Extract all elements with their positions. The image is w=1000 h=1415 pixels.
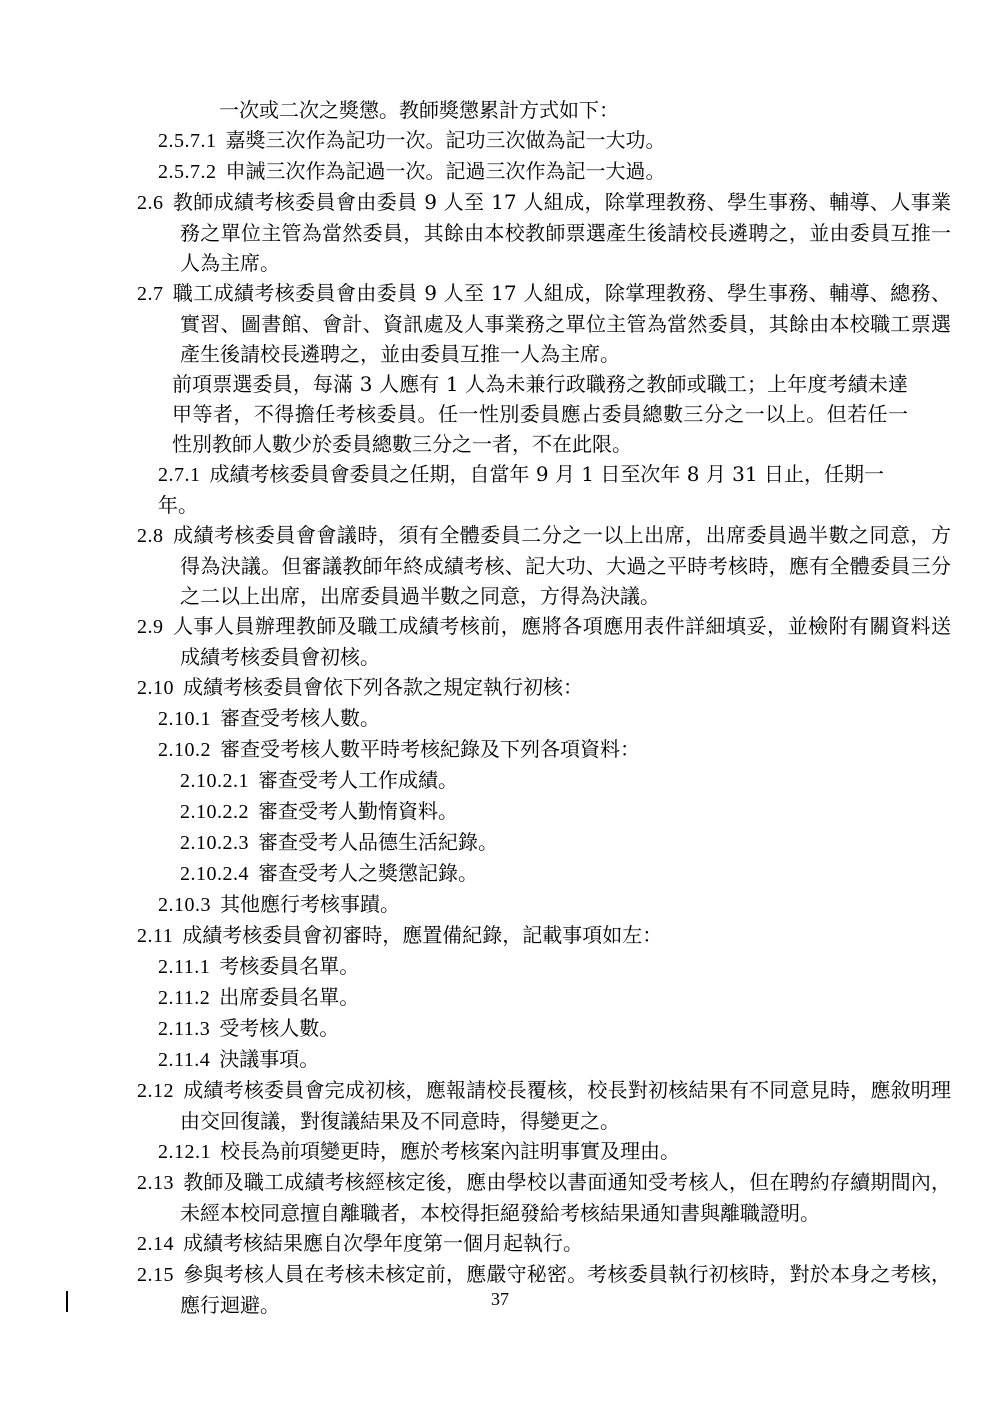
paragraph-2-7-1: 2.7.1成績考核委員會委員之任期，自當年 9 月 1 日至次年 8 月 31 … bbox=[158, 459, 908, 520]
item-text: 成績考核委員會會議時，須有全體委員二分之一以上出席，出席委員過半數之同意，方得為… bbox=[173, 523, 952, 608]
paragraph-2-5-7-2: 2.5.7.2申誡三次作為記過一次。記過三次作為記一大過。 bbox=[158, 156, 908, 187]
item-number: 2.15 bbox=[137, 1264, 174, 1286]
item-text: 受考核人數。 bbox=[219, 1016, 339, 1040]
item-number: 2.10.2.3 bbox=[180, 832, 249, 854]
item-text: 申誡三次作為記過一次。記過三次作為記一大過。 bbox=[226, 159, 666, 183]
item-number: 2.14 bbox=[137, 1233, 174, 1255]
item-text: 成績考核委員會初審時，應置備紀錄，記載事項如左： bbox=[182, 923, 662, 947]
item-number: 2.10 bbox=[137, 677, 174, 699]
item-number: 2.7 bbox=[137, 283, 164, 305]
page-number: 37 bbox=[0, 1286, 1000, 1312]
paragraph-2-11-4: 2.11.4決議事項。 bbox=[158, 1044, 908, 1075]
paragraph-2-10-2-4: 2.10.2.4審查受考人之獎懲記錄。 bbox=[180, 858, 908, 889]
item-text: 職工成績考核委員會由委員 9 人至 17 人組成，除掌理教務、學生事務、輔導、總… bbox=[173, 281, 952, 366]
paragraph-2-10-1: 2.10.1審查受考核人數。 bbox=[158, 703, 908, 734]
item-text: 審查受考人工作成績。 bbox=[258, 768, 458, 792]
item-number: 2.12.1 bbox=[158, 1141, 211, 1163]
item-text: 前項票選委員，每滿 3 人應有 1 人為未兼行政職務之教師或職工；上年度考績未達… bbox=[172, 372, 908, 456]
paragraph-2-11: 2.11成績考核委員會初審時，應置備紀錄，記載事項如左： bbox=[137, 920, 951, 951]
item-number: 2.10.3 bbox=[158, 894, 211, 916]
paragraph-2-10: 2.10成績考核委員會依下列各款之規定執行初核： bbox=[137, 672, 951, 703]
paragraph-2-7-sub: 前項票選委員，每滿 3 人應有 1 人為未兼行政職務之教師或職工；上年度考績未達… bbox=[172, 369, 908, 459]
item-number: 2.10.1 bbox=[158, 708, 211, 730]
item-number: 2.11.2 bbox=[158, 987, 210, 1009]
item-number: 2.12 bbox=[137, 1080, 174, 1102]
item-text: 人事人員辦理教師及職工成績考核前，應將各項應用表件詳細填妥，並檢附有關資料送成績… bbox=[173, 614, 952, 669]
item-number: 2.10.2 bbox=[158, 739, 211, 761]
item-number: 2.11.1 bbox=[158, 956, 210, 978]
item-text: 其他應行考核事蹟。 bbox=[220, 892, 400, 916]
paragraph-2-11-1: 2.11.1考核委員名單。 bbox=[158, 951, 908, 982]
item-text: 審查受考人品德生活紀錄。 bbox=[258, 830, 498, 854]
item-number: 2.9 bbox=[137, 616, 164, 638]
item-text: 成績考核委員會完成初核，應報請校長覆核，校長對初核結果有不同意見時，應敘明理由交… bbox=[180, 1078, 951, 1133]
item-text: 成績考核委員會依下列各款之規定執行初核： bbox=[183, 675, 583, 699]
item-text: 出席委員名單。 bbox=[219, 985, 359, 1009]
item-text: 教師成績考核委員會由委員 9 人至 17 人組成，除掌理教務、學生事務、輔導、人… bbox=[173, 190, 952, 275]
item-number: 2.10.2.2 bbox=[180, 801, 249, 823]
item-number: 2.10.2.4 bbox=[180, 863, 249, 885]
paragraph-2-10-2: 2.10.2審查受考核人數平時考核紀錄及下列各項資料： bbox=[158, 734, 908, 765]
paragraph-2-12-1: 2.12.1校長為前項變更時，應於考核案內註明事實及理由。 bbox=[158, 1136, 908, 1167]
paragraph-2-7: 2.7職工成績考核委員會由委員 9 人至 17 人組成，除掌理教務、學生事務、輔… bbox=[137, 278, 951, 369]
paragraph-continuation: 一次或二次之獎懲。教師獎懲累計方式如下： bbox=[219, 95, 908, 125]
paragraph-2-9: 2.9人事人員辦理教師及職工成績考核前，應將各項應用表件詳細填妥，並檢附有關資料… bbox=[137, 611, 951, 672]
paragraph-2-10-2-2: 2.10.2.2審查受考人勤惰資料。 bbox=[180, 796, 908, 827]
item-text: 審查受考核人數平時考核紀錄及下列各項資料： bbox=[220, 737, 640, 761]
paragraph-2-10-2-3: 2.10.2.3審查受考人品德生活紀錄。 bbox=[180, 827, 908, 858]
item-text: 考核委員名單。 bbox=[219, 954, 359, 978]
paragraph-2-12: 2.12成績考核委員會完成初核，應報請校長覆核，校長對初核結果有不同意見時，應敘… bbox=[137, 1075, 951, 1136]
item-number: 2.11.4 bbox=[158, 1049, 210, 1071]
paragraph-2-11-2: 2.11.2出席委員名單。 bbox=[158, 982, 908, 1013]
item-text: 審查受考核人數。 bbox=[220, 706, 380, 730]
item-text: 成績考核結果應自次學年度第一個月起執行。 bbox=[183, 1231, 583, 1255]
paragraph-2-5-7-1: 2.5.7.1嘉獎三次作為記功一次。記功三次做為記一大功。 bbox=[158, 125, 908, 156]
item-number: 2.5.7.1 bbox=[158, 130, 217, 152]
item-text: 決議事項。 bbox=[219, 1047, 319, 1071]
item-text: 嘉獎三次作為記功一次。記功三次做為記一大功。 bbox=[226, 128, 666, 152]
paragraph-2-10-3: 2.10.3其他應行考核事蹟。 bbox=[158, 889, 908, 920]
document-page: 一次或二次之獎懲。教師獎懲累計方式如下： 2.5.7.1嘉獎三次作為記功一次。記… bbox=[0, 0, 1000, 1415]
item-number: 2.7.1 bbox=[158, 464, 201, 486]
item-number: 2.8 bbox=[137, 525, 164, 547]
item-text: 審查受考人勤惰資料。 bbox=[258, 799, 458, 823]
item-text: 成績考核委員會委員之任期，自當年 9 月 1 日至次年 8 月 31 日止，任期… bbox=[158, 462, 884, 517]
paragraph-2-6: 2.6教師成績考核委員會由委員 9 人至 17 人組成，除掌理教務、學生事務、輔… bbox=[137, 187, 951, 278]
paragraph-2-14: 2.14成績考核結果應自次學年度第一個月起執行。 bbox=[137, 1228, 951, 1259]
paragraph-2-10-2-1: 2.10.2.1審查受考人工作成績。 bbox=[180, 765, 908, 796]
item-text: 教師及職工成績考核經核定後，應由學校以書面通知受考核人，但在聘約存續期間內，未經… bbox=[180, 1170, 951, 1225]
item-number: 2.6 bbox=[137, 192, 164, 214]
item-number: 2.11 bbox=[137, 925, 173, 947]
document-body: 一次或二次之獎懲。教師獎懲累計方式如下： 2.5.7.1嘉獎三次作為記功一次。記… bbox=[0, 95, 1000, 1320]
paragraph-2-13: 2.13教師及職工成績考核經核定後，應由學校以書面通知受考核人，但在聘約存續期間… bbox=[137, 1167, 951, 1228]
paragraph-2-11-3: 2.11.3受考核人數。 bbox=[158, 1013, 908, 1044]
item-text: 一次或二次之獎懲。教師獎懲累計方式如下： bbox=[219, 98, 619, 122]
paragraph-2-8: 2.8成績考核委員會會議時，須有全體委員二分之一以上出席，出席委員過半數之同意，… bbox=[137, 520, 951, 611]
item-text: 校長為前項變更時，應於考核案內註明事實及理由。 bbox=[220, 1139, 680, 1163]
item-text: 審查受考人之獎懲記錄。 bbox=[258, 861, 478, 885]
item-number: 2.13 bbox=[137, 1172, 174, 1194]
item-number: 2.11.3 bbox=[158, 1018, 210, 1040]
item-number: 2.5.7.2 bbox=[158, 161, 217, 183]
item-number: 2.10.2.1 bbox=[180, 770, 249, 792]
